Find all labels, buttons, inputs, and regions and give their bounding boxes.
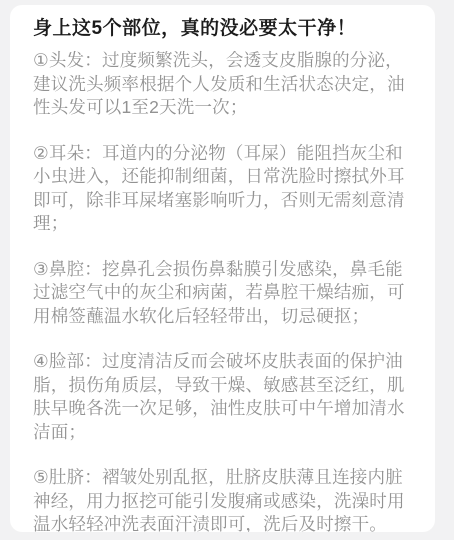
- page-background: 身上这5个部位，真的没必要太干净！ ①头发：过度频繁洗头，会透支皮脂腺的分泌，建…: [0, 0, 454, 540]
- article-paragraph-face: ④脸部：过度清洁反而会破坏皮肤表面的保护油脂，损伤角质层，导致干燥、敏感甚至泛红…: [33, 350, 419, 444]
- article-card: 身上这5个部位，真的没必要太干净！ ①头发：过度频繁洗头，会透支皮脂腺的分泌，建…: [10, 5, 435, 532]
- article-paragraph-ears: ②耳朵：耳道内的分泌物（耳屎）能阻挡灰尘和小虫进入，还能抑制细菌，日常洗脸时擦拭…: [33, 142, 419, 236]
- article-paragraph-hair: ①头发：过度频繁洗头，会透支皮脂腺的分泌，建议洗头频率根据个人发质和生活状态决定…: [33, 49, 419, 120]
- article-paragraph-nose: ③鼻腔：挖鼻孔会损伤鼻黏膜引发感染，鼻毛能过滤空气中的灰尘和病菌，若鼻腔干燥结痂…: [33, 258, 419, 329]
- article-title: 身上这5个部位，真的没必要太干净！: [33, 17, 419, 41]
- article-paragraph-navel: ⑤肚脐：褶皱处别乱抠，肚脐皮肤薄且连接内脏神经，用力抠挖可能引发腹痛或感染，洗澡…: [33, 466, 419, 532]
